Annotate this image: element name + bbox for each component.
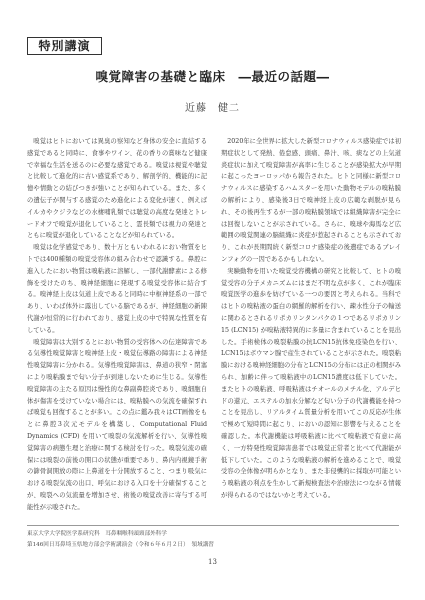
footer-affiliation: 東京大学大学院医学系研究科 耳鼻咽喉科頭頸部外科学 [27,529,214,540]
paragraph: 2020年に全世界に拡大した新型コロナウィルス感染症では初期症状として発熱、倦怠… [221,136,401,266]
footer-event: 第146回日耳鼻埼玉県地方部会学術講演会（令和６年６月２日） 領域講習 [27,540,214,551]
author-name: 近藤 健二 [0,99,425,114]
footer-notes: 東京大学大学院医学系研究科 耳鼻咽喉科頭頸部外科学 第146回日耳鼻埼玉県地方部… [27,529,214,551]
section-label: 特別講演 [27,37,102,55]
page-number: 13 [0,558,425,566]
right-column: 2020年に全世界に拡大した新型コロナウィルス感染症では初期症状として発熱、倦怠… [221,136,401,502]
paragraph: 嗅覚障害は大別するとにおい物質の受容体への伝達障害である気導性嗅覚障害と嗅神経上… [27,337,207,514]
paragraph: 嗅覚は化学感覚であり、数十万ともいわれるにおい物質をヒトでは400種類の嗅覚受容… [27,242,207,336]
paragraph: 実験動物を用いた嗅覚受容機構の研究と比較して、ヒトの嗅覚受容の分子メカニズムには… [221,266,401,502]
footer-divider [27,525,399,526]
left-column: 嗅覚はヒトにおいては異臭の察知など身体の安全に直結する感覚であると同時に、食事や… [27,136,207,514]
paragraph: 嗅覚はヒトにおいては異臭の察知など身体の安全に直結する感覚であると同時に、食事や… [27,136,207,242]
paper-title: 嗅覚障害の基礎と臨床 ―最近の話題― [0,67,425,85]
